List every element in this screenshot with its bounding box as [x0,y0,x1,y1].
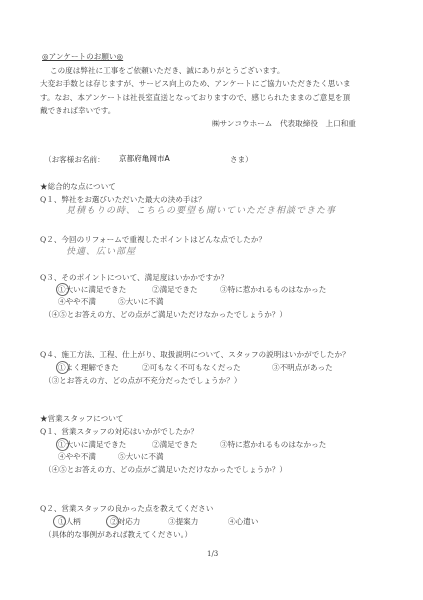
s1-q1-question: Q１、弊社をお選びいただいた最大の決め手は？ [40,196,206,204]
s1-q1-answer: 見積もりの時、こちらの要望も聞いていただき相談できた事 [66,207,336,216]
s2-q1-option-5: ⑤大いに不満 [118,453,164,461]
intro-line-3: す。なお、本アンケートは社長室直送となっておりますので、感じられたままのご意見を… [40,94,350,102]
s1-q4-question: Q４、施工方法、工程、仕上がり、取扱説明について、スタッフの説明はいかがでしたか… [40,351,350,359]
s1-q2-answer: 快適、広い部屋 [66,248,136,257]
s1-q3-option-4: ④やや不満 [58,298,96,306]
s1-q3-option-3: ③特に惹かれるものはなかった [220,286,326,294]
s2-q1-followup: （④⑤とお答えの方、どの点がご満足いただけなかったでしょうか？） [44,466,287,474]
intro-line-1: この度は弊社に工事をご依頼いただき、誠にありがとうございます。 [50,67,285,75]
s1-q3-question: Q３、そのポイントについて、満足度はいかかですか？ [40,274,228,282]
s2-q2-option-1: ①人柄 [58,518,81,526]
section1-heading: ★総合的な点について [40,183,116,191]
s2-q2-option-2: ②対応力 [110,518,140,526]
s2-q1-option-4: ④やや不満 [58,453,96,461]
s2-q1-question: Q１、営業スタッフの対応はいかがでしたか？ [40,428,198,436]
customer-name-value: 京都府亀岡市A [119,155,170,163]
customer-name-suffix: さま） [230,156,253,164]
intro-line-2: 大変お手数とは存じますが、サービス向上のため、アンケートにご協力いただきたく思い… [40,80,351,88]
intro-line-4: 戴できれば幸いです。 [40,107,115,115]
s2-q2-option-4: ④心遣い [228,518,258,526]
s1-q3-option-2: ②満足できた [152,286,198,294]
s1-q2-question: Q２、今回のリフォームで重視したポイントはどんな点でしたか？ [40,236,266,244]
s1-q4-option-2: ②可もなく不可もなくだった [142,364,241,372]
survey-title: ◎アンケートのお願い◎ [42,53,123,61]
s2-q2-followup: （具体的な事例があれば教えてください。） [44,531,192,539]
s1-q4-option-3: ③不明点があった [272,364,333,372]
s2-q1-option-1: ①大いに満足できた [58,441,126,449]
s1-q4-followup: （③とお答えの方、どの点が不充分だったでしょうか？） [44,377,241,385]
page-number: 1/3 [207,551,218,558]
s2-q2-option-3: ③提案力 [168,518,198,526]
s1-q3-followup: （④⑤とお答えの方、どの点がご満足いただけなかったでしょうか？） [44,311,287,319]
s2-q1-option-2: ②満足できた [152,441,198,449]
s2-q1-option-3: ③特に惹かれるものはなかった [220,441,326,449]
s2-q2-question: Q２、営業スタッフの良かった点を教えてください [40,505,213,513]
s1-q3-option-1: ①大いに満足できた [58,286,126,294]
section2-heading: ★営業スタッフについて [40,415,123,423]
s1-q3-option-5: ⑤大いに不満 [118,298,164,306]
signature: ㈱サンコウホーム 代表取締役 上口和重 [212,120,356,128]
s1-q4-option-1: ①よく理解できた [58,364,119,372]
customer-name-label: （お客様お名前： [44,156,105,164]
